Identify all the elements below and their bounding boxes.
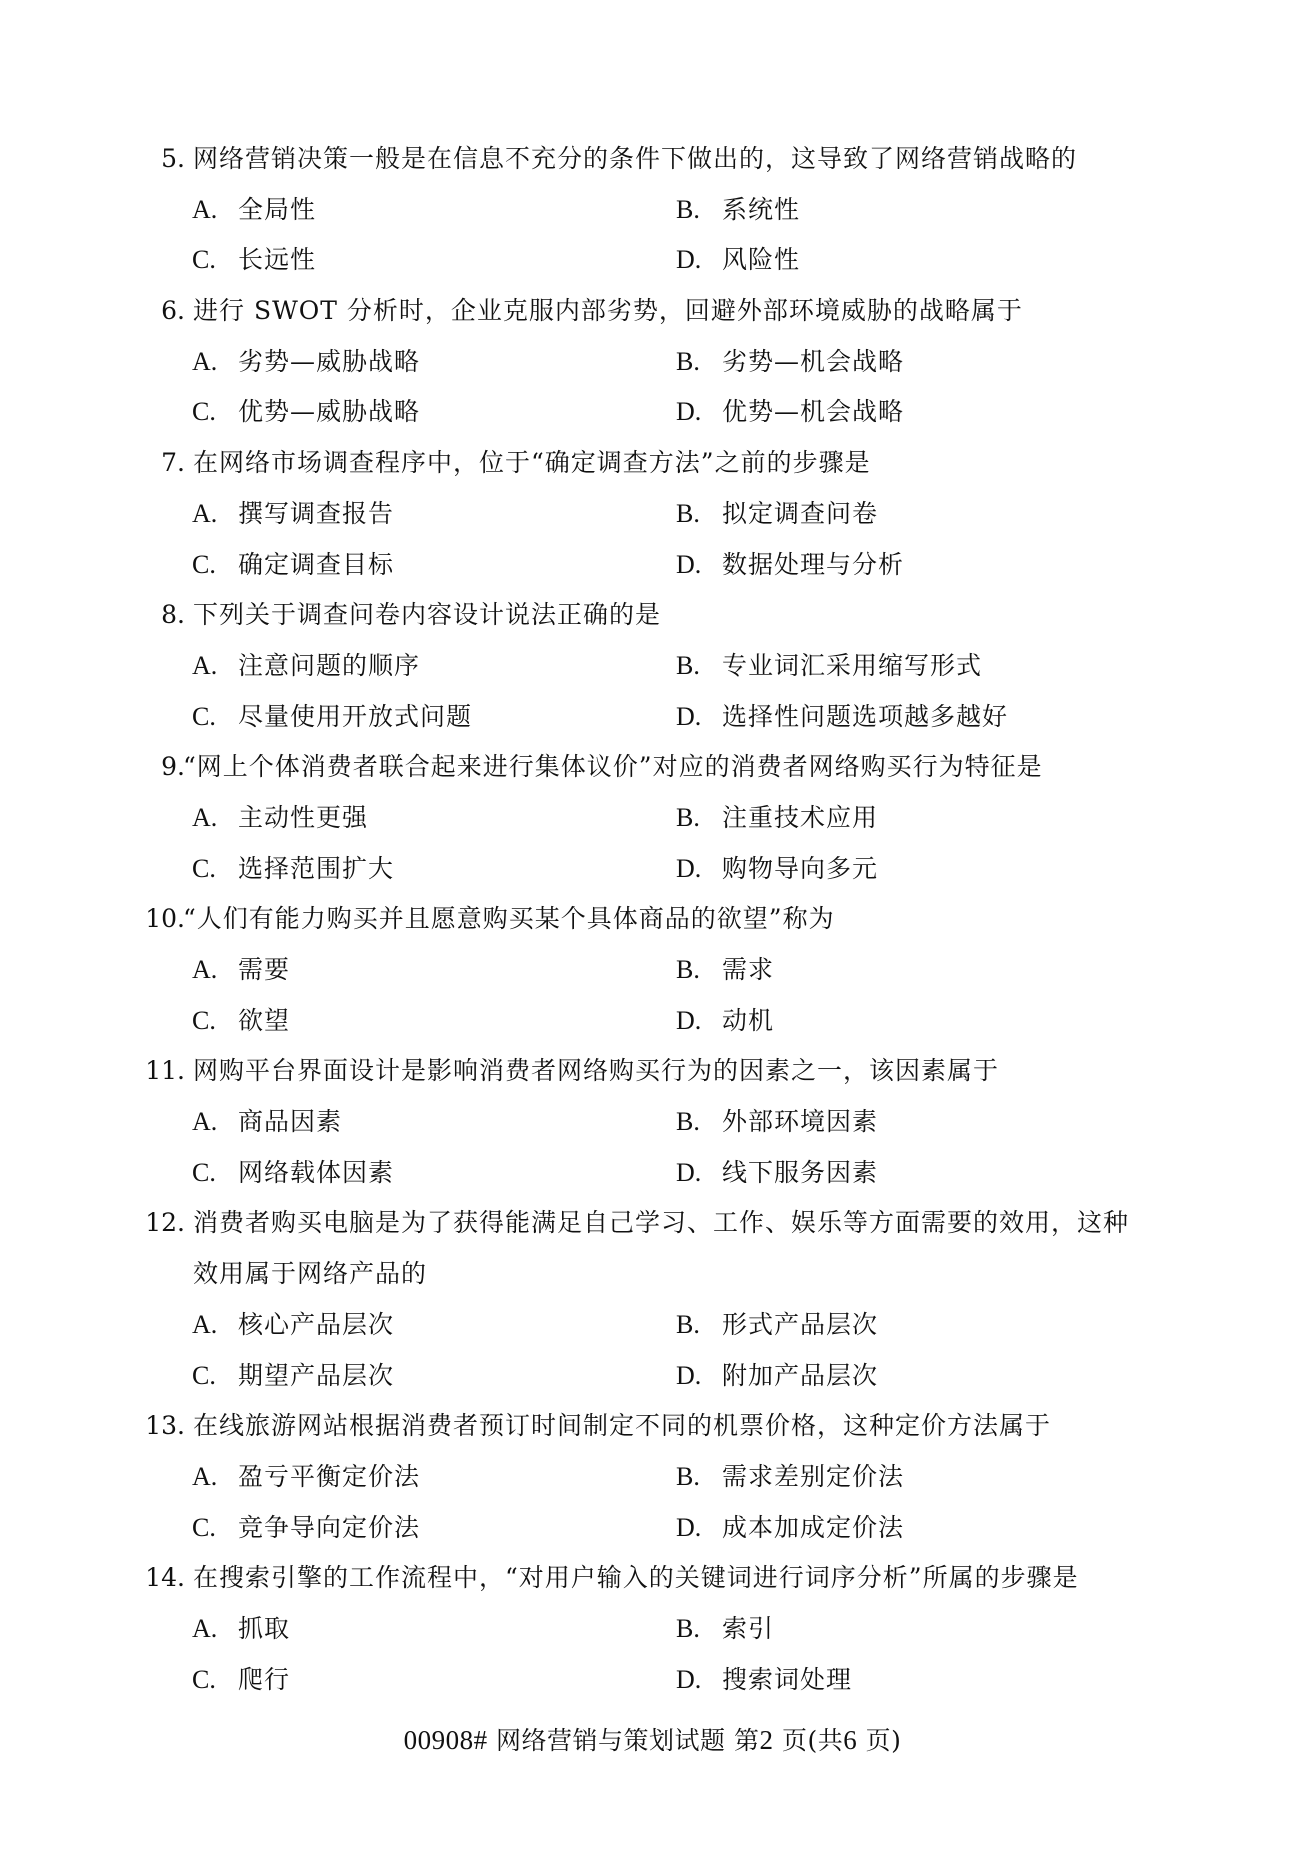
exam-title: 网络营销与策划试题 <box>496 1726 726 1755</box>
option-a: A.商品因素 <box>192 1097 342 1148</box>
total-pages: 6 <box>843 1725 857 1755</box>
option-d: D.优势—机会战略 <box>676 387 904 438</box>
option-a: A.撰写调查报告 <box>192 489 394 540</box>
option-row: A.需要 B.需求 <box>0 945 1305 996</box>
option-row: C.长远性 D.风险性 <box>0 235 1305 286</box>
question-stem: 在线旅游网站根据消费者预订时间制定不同的机票价格，这种定价方法属于 <box>193 1401 1051 1452</box>
option-d: D.附加产品层次 <box>676 1351 878 1402</box>
question-10: 10. “人们有能力购买并且愿意购买某个具体商品的欲望”称为 <box>0 894 1305 945</box>
option-row: C.选择范围扩大 D.购物导向多元 <box>0 844 1305 895</box>
option-row: C.优势—威胁战略 D.优势—机会战略 <box>0 387 1305 438</box>
option-b: B.劣势—机会战略 <box>676 337 904 388</box>
option-row: C.期望产品层次 D.附加产品层次 <box>0 1351 1305 1402</box>
option-row: C.爬行 D.搜索词处理 <box>0 1655 1305 1706</box>
option-d: D.选择性问题选项越多越好 <box>676 692 1008 743</box>
option-row: C.尽量使用开放式问题 D.选择性问题选项越多越好 <box>0 692 1305 743</box>
question-stem: 在网络市场调查程序中，位于“确定调查方法”之前的步骤是 <box>193 438 871 489</box>
option-c: C.优势—威胁战略 <box>192 387 420 438</box>
option-a: A.抓取 <box>192 1604 290 1655</box>
option-row: A.核心产品层次 B.形式产品层次 <box>0 1300 1305 1351</box>
option-b: B.外部环境因素 <box>676 1097 878 1148</box>
option-row: A.商品因素 B.外部环境因素 <box>0 1097 1305 1148</box>
option-row: C.确定调查目标 D.数据处理与分析 <box>0 540 1305 591</box>
option-d: D.风险性 <box>676 235 800 286</box>
question-13: 13. 在线旅游网站根据消费者预订时间制定不同的机票价格，这种定价方法属于 <box>0 1401 1305 1452</box>
question-11: 11. 网购平台界面设计是影响消费者网络购买行为的因素之一，该因素属于 <box>0 1046 1305 1097</box>
option-row: A.抓取 B.索引 <box>0 1604 1305 1655</box>
question-number: 10. <box>145 894 185 945</box>
option-b: B.索引 <box>676 1604 774 1655</box>
option-b: B.注重技术应用 <box>676 793 878 844</box>
question-number: 9. <box>161 742 185 793</box>
exam-page: 5. 网络营销决策一般是在信息不充分的条件下做出的，这导致了网络营销战略的 A.… <box>0 0 1305 1868</box>
option-c: C.欲望 <box>192 996 290 1047</box>
option-a: A.主动性更强 <box>192 793 368 844</box>
option-a: A.盈亏平衡定价法 <box>192 1452 420 1503</box>
question-stem-continued: 效用属于网络产品的 <box>193 1249 427 1300</box>
option-c: C.网络载体因素 <box>192 1148 394 1199</box>
question-stem: 进行 SWOT 分析时，企业克服内部劣势，回避外部环境威胁的战略属于 <box>193 286 1023 337</box>
question-stem: 在搜索引擎的工作流程中，“对用户输入的关键词进行词序分析”所属的步骤是 <box>193 1553 1079 1604</box>
option-c: C.长远性 <box>192 235 316 286</box>
option-row: A.撰写调查报告 B.拟定调查问卷 <box>0 489 1305 540</box>
question-number: 5. <box>161 134 185 185</box>
question-9: 9. “网上个体消费者联合起来进行集体议价”对应的消费者网络购买行为特征是 <box>0 742 1305 793</box>
option-row: A.全局性 B.系统性 <box>0 185 1305 236</box>
question-stem: 消费者购买电脑是为了获得能满足自己学习、工作、娱乐等方面需要的效用，这种 <box>193 1198 1129 1249</box>
option-d: D.线下服务因素 <box>676 1148 878 1199</box>
option-d: D.成本加成定价法 <box>676 1503 904 1554</box>
question-stem: 网络营销决策一般是在信息不充分的条件下做出的，这导致了网络营销战略的 <box>193 134 1077 185</box>
question-8: 8. 下列关于调查问卷内容设计说法正确的是 <box>0 590 1305 641</box>
question-stem: 网购平台界面设计是影响消费者网络购买行为的因素之一，该因素属于 <box>193 1046 999 1097</box>
current-page: 2 <box>760 1725 774 1755</box>
question-list: 5. 网络营销决策一般是在信息不充分的条件下做出的，这导致了网络营销战略的 A.… <box>0 134 1305 1705</box>
option-a: A.注意问题的顺序 <box>192 641 420 692</box>
page-footer: 00908# 网络营销与策划试题 第2 页(共6 页) <box>0 1718 1305 1763</box>
page-suffix: 页) <box>866 1726 902 1755</box>
option-row: A.主动性更强 B.注重技术应用 <box>0 793 1305 844</box>
option-b: B.拟定调查问卷 <box>676 489 878 540</box>
option-d: D.动机 <box>676 996 774 1047</box>
option-b: B.形式产品层次 <box>676 1300 878 1351</box>
question-5: 5. 网络营销决策一般是在信息不充分的条件下做出的，这导致了网络营销战略的 <box>0 134 1305 185</box>
question-stem: “网上个体消费者联合起来进行集体议价”对应的消费者网络购买行为特征是 <box>183 742 1043 793</box>
page-prefix: 第 <box>734 1726 760 1755</box>
option-c: C.爬行 <box>192 1655 290 1706</box>
exam-code: 00908# <box>404 1725 488 1755</box>
option-row: A.劣势—威胁战略 B.劣势—机会战略 <box>0 337 1305 388</box>
option-a: A.全局性 <box>192 185 316 236</box>
question-14: 14. 在搜索引擎的工作流程中，“对用户输入的关键词进行词序分析”所属的步骤是 <box>0 1553 1305 1604</box>
question-6: 6. 进行 SWOT 分析时，企业克服内部劣势，回避外部环境威胁的战略属于 <box>0 286 1305 337</box>
option-row: A.盈亏平衡定价法 B.需求差别定价法 <box>0 1452 1305 1503</box>
option-row: A.注意问题的顺序 B.专业词汇采用缩写形式 <box>0 641 1305 692</box>
option-c: C.期望产品层次 <box>192 1351 394 1402</box>
option-row: C.竞争导向定价法 D.成本加成定价法 <box>0 1503 1305 1554</box>
question-number: 13. <box>145 1401 185 1452</box>
option-d: D.购物导向多元 <box>676 844 878 895</box>
option-c: C.确定调查目标 <box>192 540 394 591</box>
option-c: C.竞争导向定价法 <box>192 1503 420 1554</box>
question-number: 12. <box>145 1198 185 1249</box>
question-number: 7. <box>161 438 185 489</box>
question-12: 12. 消费者购买电脑是为了获得能满足自己学习、工作、娱乐等方面需要的效用，这种 <box>0 1198 1305 1249</box>
option-d: D.搜索词处理 <box>676 1655 852 1706</box>
page-unit: 页(共 <box>782 1726 843 1755</box>
question-7: 7. 在网络市场调查程序中，位于“确定调查方法”之前的步骤是 <box>0 438 1305 489</box>
option-row: C.网络载体因素 D.线下服务因素 <box>0 1148 1305 1199</box>
question-stem: 下列关于调查问卷内容设计说法正确的是 <box>193 590 661 641</box>
option-b: B.专业词汇采用缩写形式 <box>676 641 982 692</box>
option-row: C.欲望 D.动机 <box>0 996 1305 1047</box>
option-d: D.数据处理与分析 <box>676 540 904 591</box>
option-b: B.系统性 <box>676 185 800 236</box>
question-number: 14. <box>145 1553 185 1604</box>
option-a: A.劣势—威胁战略 <box>192 337 420 388</box>
option-a: A.需要 <box>192 945 290 996</box>
question-12-continued: 效用属于网络产品的 <box>0 1249 1305 1300</box>
question-stem: “人们有能力购买并且愿意购买某个具体商品的欲望”称为 <box>183 894 835 945</box>
option-c: C.尽量使用开放式问题 <box>192 692 472 743</box>
option-b: B.需求差别定价法 <box>676 1452 904 1503</box>
option-a: A.核心产品层次 <box>192 1300 394 1351</box>
option-c: C.选择范围扩大 <box>192 844 394 895</box>
question-number: 11. <box>145 1046 185 1097</box>
question-number: 8. <box>161 590 185 641</box>
option-b: B.需求 <box>676 945 774 996</box>
question-number: 6. <box>161 286 185 337</box>
